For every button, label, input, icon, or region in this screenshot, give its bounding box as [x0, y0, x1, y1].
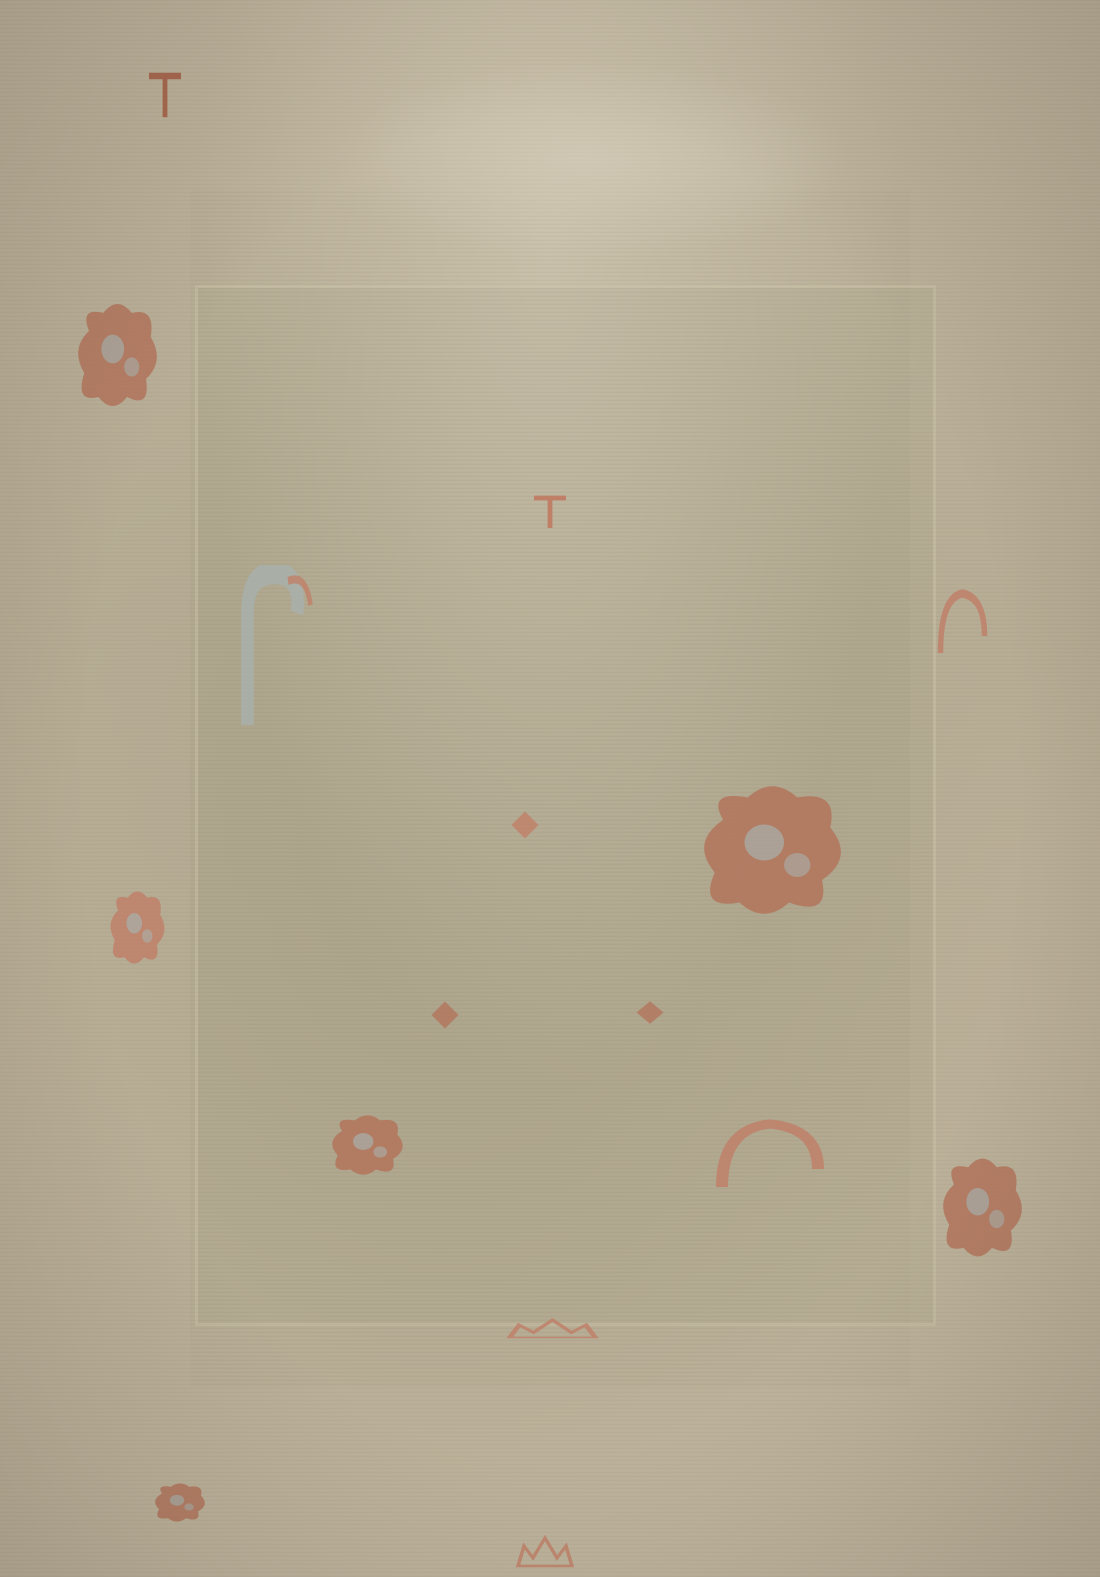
motif-bottom-left-corner	[150, 1480, 210, 1525]
rug-photo	[0, 0, 1100, 1577]
rug-top-panel	[330, 60, 850, 260]
motif-left-field-hook	[225, 565, 315, 725]
motif-lower-left-rosette	[325, 1110, 410, 1180]
motif-upper-center-ornament	[530, 490, 570, 530]
motif-left-border-flower	[105, 885, 170, 970]
motif-mid-right-square	[635, 1000, 665, 1025]
motif-lower-right-arc	[710, 1115, 830, 1205]
motif-center-diamond	[510, 810, 540, 840]
motif-left-border-palmette	[70, 295, 165, 415]
motif-right-center-palmette	[690, 775, 855, 925]
motif-mid-left-square	[430, 1000, 460, 1030]
motif-right-border-paisley	[935, 585, 990, 670]
motif-right-border-palmette	[935, 1150, 1030, 1265]
motif-bottom-center-crown	[515, 1530, 575, 1570]
motif-top-left-cross	[145, 65, 185, 120]
motif-bottom-border-band	[505, 1315, 600, 1340]
